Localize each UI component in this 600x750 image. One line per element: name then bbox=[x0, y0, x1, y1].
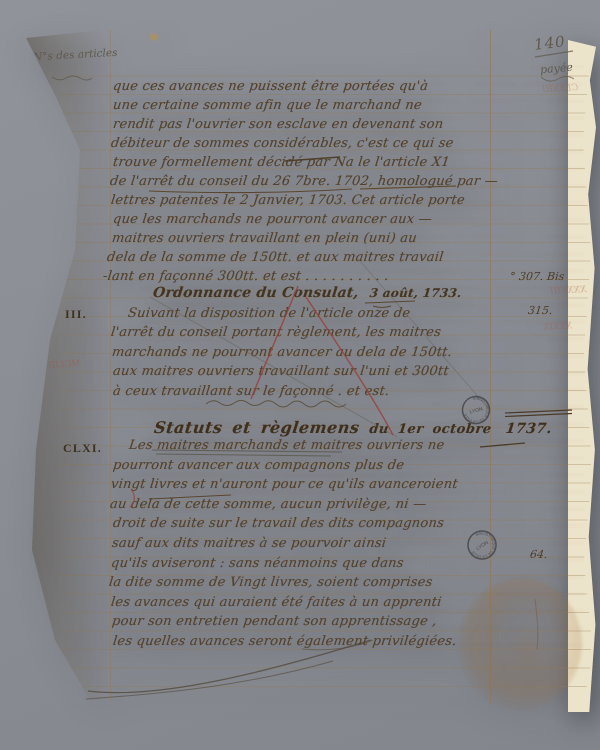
manuscript-text-line: que les marchands ne pourront avancer au… bbox=[112, 212, 433, 227]
manuscript-text-line: pour son entretien pendant son apprentis… bbox=[111, 614, 438, 629]
manuscript-text-line: au dela de cette somme, aucun privilège,… bbox=[109, 497, 427, 512]
heading-date: 3 août, 1733. bbox=[363, 286, 462, 300]
margin-reference: 315. bbox=[527, 304, 553, 317]
manuscript-text-line: de l'arrêt du conseil du 26 7bre. 1702, … bbox=[109, 174, 499, 189]
margin-reference: ° 307. Bis bbox=[509, 270, 565, 283]
manuscript-text-line: aux maitres ouvriers travaillant sur l'u… bbox=[112, 364, 450, 379]
paper-speck bbox=[150, 34, 158, 40]
manuscript-text-line: trouve formellement décidé par Na le l'a… bbox=[112, 155, 451, 170]
heading-middle: du 1er octobre bbox=[368, 422, 492, 437]
manuscript-text-line: pourront avancer aux compagnons plus de bbox=[112, 458, 405, 473]
stain-blot-small bbox=[498, 622, 556, 688]
manuscript-text-line: dela de la somme de 150tt. et aux maitre… bbox=[106, 250, 444, 265]
manuscript-page: N°s des articles 140 payée CLXXIII XXXVI… bbox=[22, 22, 594, 716]
paper-shadow-wrap: N°s des articles 140 payée CLXXIII XXXVI… bbox=[0, 0, 600, 750]
manuscript-text-line: -lant en façonné 300tt. et est . . . . .… bbox=[102, 269, 390, 284]
bleedthrough-numeral: XXXVIII bbox=[550, 285, 587, 297]
manuscript-text-line: vingt livres et n'auront pour ce qu'ils … bbox=[110, 477, 459, 492]
manuscript-text-line: les avances qui auraient été faites à un… bbox=[110, 595, 442, 610]
manuscript-text-line: marchands ne pourront avancer au dela de… bbox=[111, 345, 453, 360]
heading-title: Statuts et règlemens bbox=[153, 418, 361, 437]
manuscript-text-line: débiteur de sommes considérables, c'est … bbox=[110, 136, 454, 151]
heading-text: Ordonnance du Consulat, bbox=[152, 285, 360, 301]
bleedthrough-numeral: XXXIX bbox=[543, 321, 573, 333]
manuscript-text-line: les quelles avances seront également pri… bbox=[112, 634, 457, 649]
section-heading-ordonnance: Ordonnance du Consulat, 3 août, 1733. bbox=[152, 285, 463, 301]
manuscript-text-line: que ces avances ne puissent être portées… bbox=[112, 79, 429, 94]
manuscript-text-line: la dite somme de Vingt livres, soient co… bbox=[108, 575, 433, 590]
manuscript-text-line: Suivant la disposition de l'article onze… bbox=[112, 306, 411, 321]
margin-reference: 64. bbox=[529, 548, 548, 561]
heading-year: 1737. bbox=[501, 421, 553, 437]
manuscript-text-line: lettres patentes le 2 Janvier, 1703. Cet… bbox=[110, 193, 466, 208]
article-number: CLXI. bbox=[63, 441, 102, 456]
manuscript-photo: N°s des articles 140 payée CLXXIII XXXVI… bbox=[0, 0, 600, 750]
manuscript-text-line: rendit pas l'ouvrier son esclave en deve… bbox=[112, 117, 444, 132]
manuscript-text-line: sauf aux dits maitres à se pourvoir ains… bbox=[111, 536, 387, 551]
manuscript-text-line: droit de suite sur le travail des dits c… bbox=[112, 516, 445, 531]
bleedthrough-numeral: MCLIII bbox=[48, 359, 81, 371]
page-number: 140 bbox=[533, 32, 567, 54]
manuscript-text-line: l'arrêt du conseil portant règlement, le… bbox=[110, 325, 442, 340]
section-heading-statuts: Statuts et règlemens du 1er octobre 1737… bbox=[153, 418, 553, 437]
article-number: III. bbox=[65, 307, 87, 322]
manuscript-text-line: une certaine somme afin que le marchand … bbox=[112, 98, 423, 113]
manuscript-text-line: qu'ils aviseront : sans néanmoins que da… bbox=[110, 556, 405, 571]
manuscript-text-line: maitres ouvriers travaillant en plein (u… bbox=[111, 231, 418, 246]
manuscript-text-line: Les maitres marchands et maitres ouvrier… bbox=[112, 438, 445, 453]
bleedthrough-numeral: CLXXIII bbox=[542, 83, 579, 95]
manuscript-text-line: à ceux travaillant sur le façonné . et e… bbox=[112, 384, 390, 399]
